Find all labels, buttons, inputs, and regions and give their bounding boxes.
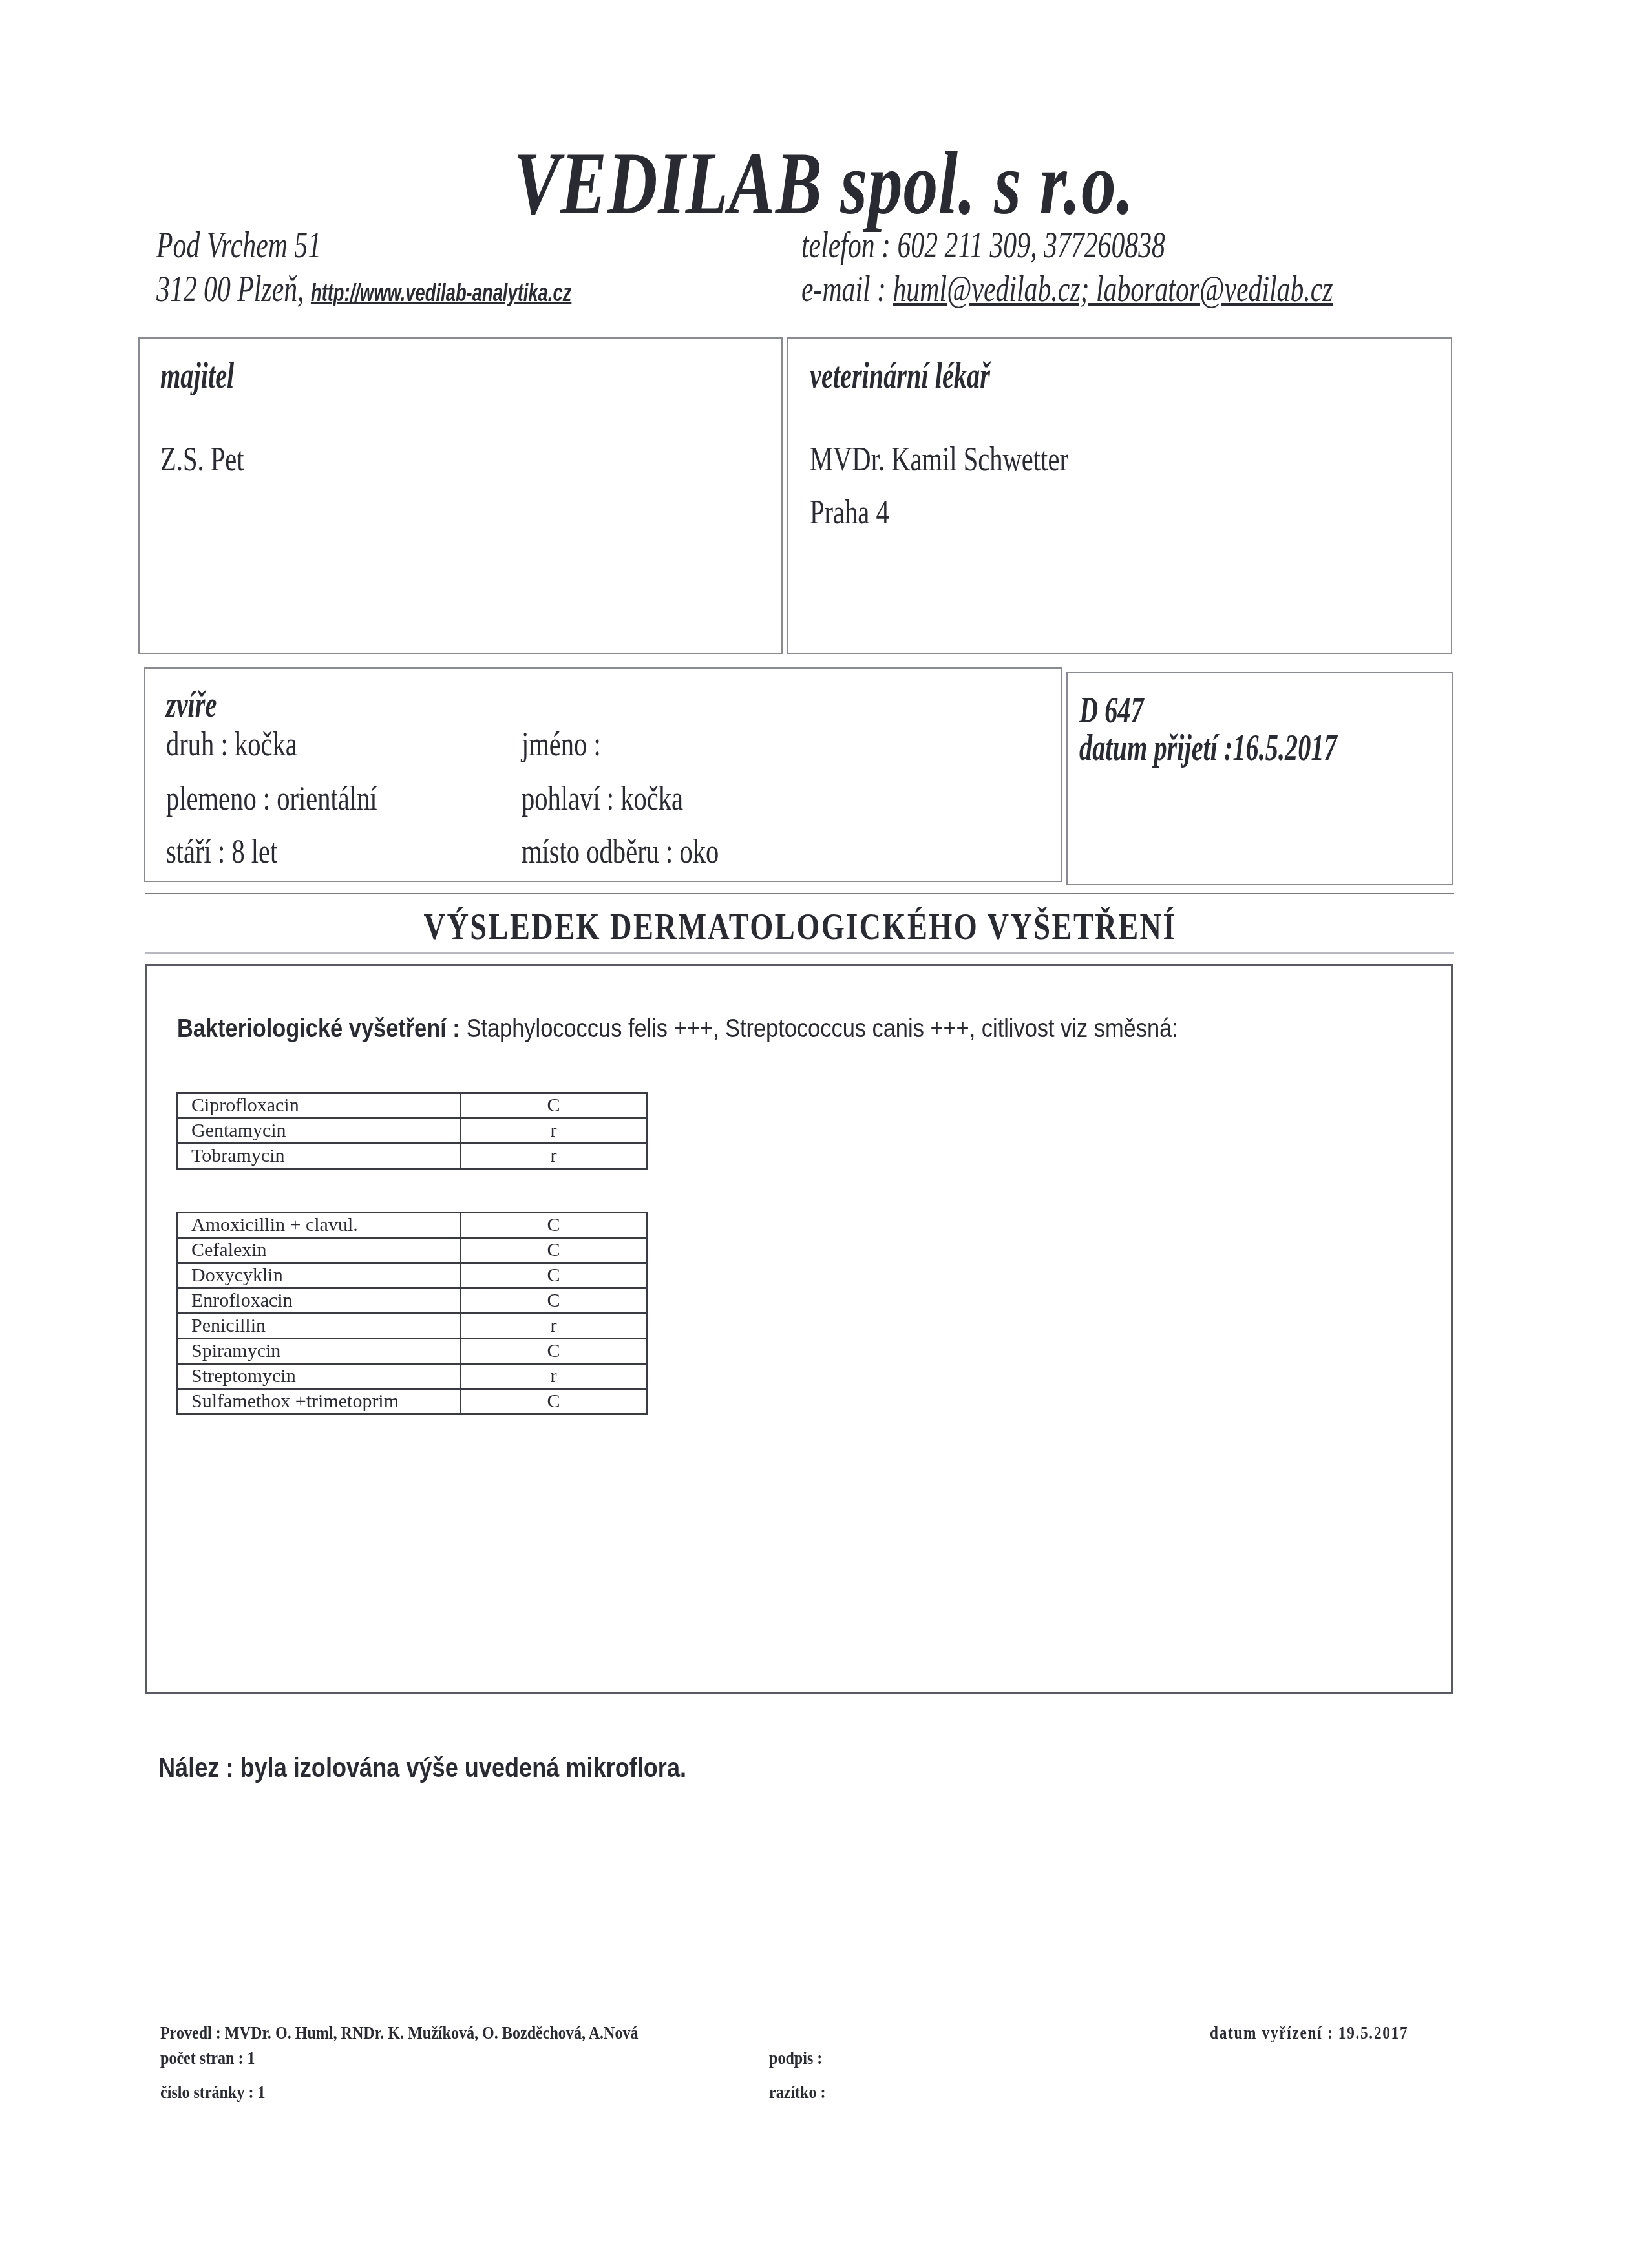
phone: telefon : 602 211 309, 377260838 [801,226,1307,264]
antibiotic-name: Enrofloxacin [178,1288,461,1314]
table-row: Sulfamethox +trimetoprimC [178,1389,647,1414]
veterinarian-box: veterinární lékař MVDr. Kamil Schwetter … [787,337,1452,654]
table-row: EnrofloxacinC [178,1288,647,1314]
table-row: CiprofloxacinC [178,1093,647,1118]
antibiotic-name: Sulfamethox +trimetoprim [178,1389,461,1414]
address-street: Pod Vrchem 51 [156,226,385,264]
veterinarian-name: MVDr. Kamil Schwetter [810,443,1141,477]
email-link[interactable]: huml@vedilab.cz; laborator@vedilab.cz [893,268,1333,310]
divider [145,893,1454,894]
stamp-label: razítko : [769,2084,835,2102]
signature-label: podpis : [769,2050,831,2068]
antibiotic-name: Cefalexin [178,1238,461,1263]
veterinarian-label: veterinární lékař [810,358,1060,394]
animal-name: jméno : [522,728,623,762]
antibiotic-name: Ciprofloxacin [178,1093,461,1118]
table-row: Tobramycinr [178,1144,647,1169]
veterinarian-location: Praha 4 [810,496,911,530]
sensitivity-result: C [461,1263,647,1288]
animal-label: zvíře [166,687,237,723]
divider [145,952,1454,954]
table-row: Streptomycinr [178,1364,647,1389]
antibiotic-name: Tobramycin [178,1144,461,1169]
antibiotic-name: Amoxicillin + clavul. [178,1213,461,1238]
finding: Nález : byla izolována výše uvedená mikr… [158,1754,772,1781]
performed-by: Provedl : MVDr. O. Huml, RNDr. K. Mužíko… [160,2024,716,2042]
website-link[interactable]: http://www.vedilab-analytika.cz [311,280,571,307]
sensitivity-result: C [461,1093,647,1118]
sensitivity-result: C [461,1238,647,1263]
email: e-mail : huml@vedilab.cz; laborator@vedi… [801,270,1539,308]
table-row: Amoxicillin + clavul.C [178,1213,647,1238]
received-date: datum přijetí :16.5.2017 [1079,730,1437,766]
table-row: DoxycyklinC [178,1263,647,1288]
table-row: SpiramycinC [178,1339,647,1364]
animal-age: stáří : 8 let [166,835,309,869]
completion-date: datum vyřízení : 19.5.2017 [1210,2024,1441,2042]
animal-breed: plemeno : orientální [166,782,437,816]
owner-label: majitel [160,358,263,394]
antibiotic-name: Gentamycin [178,1118,461,1144]
sensitivity-result: C [461,1213,647,1238]
sensitivity-result: r [461,1144,647,1169]
table-row: Penicillinr [178,1314,647,1339]
antibiotic-name: Penicillin [178,1314,461,1339]
sensitivity-table-1: CiprofloxacinCGentamycinrTobramycinr [176,1092,648,1170]
animal-box: zvíře druh : kočka plemeno : orientální … [144,667,1062,882]
table-row: CefalexinC [178,1238,647,1263]
sample-id: D 647 [1079,693,1168,729]
report-title: VÝSLEDEK DERMATOLOGICKÉHO VYŠETŘENÍ [145,908,1454,945]
page-count: počet stran : 1 [160,2050,270,2068]
page-number: číslo stránky : 1 [160,2084,282,2102]
company-name: VEDILAB spol. s r.o. [0,139,1648,228]
owner-box: majitel Z.S. Pet [138,337,783,654]
sensitivity-result: r [461,1364,647,1389]
sample-box: D 647 datum přijetí :16.5.2017 [1066,672,1453,885]
sensitivity-result: C [461,1339,647,1364]
sensitivity-result: C [461,1288,647,1314]
table-row: Gentamycinr [178,1118,647,1144]
sensitivity-result: r [461,1314,647,1339]
sensitivity-result: C [461,1389,647,1414]
sensitivity-result: r [461,1118,647,1144]
sample-site: místo odběru : oko [522,835,774,869]
owner-name: Z.S. Pet [160,443,268,477]
sensitivity-table-2: Amoxicillin + clavul.CCefalexinCDoxycykl… [176,1212,648,1415]
animal-sex: pohlaví : kočka [522,782,729,816]
bacteriology-result: Bakteriologické vyšetření : Staphylococc… [177,1016,1341,1042]
antibiotic-name: Streptomycin [178,1364,461,1389]
animal-species: druh : kočka [166,728,334,762]
antibiotic-name: Doxycyklin [178,1263,461,1288]
address-city: 312 00 Plzeň, http://www.vedilab-analyti… [156,270,733,308]
antibiotic-name: Spiramycin [178,1339,461,1364]
